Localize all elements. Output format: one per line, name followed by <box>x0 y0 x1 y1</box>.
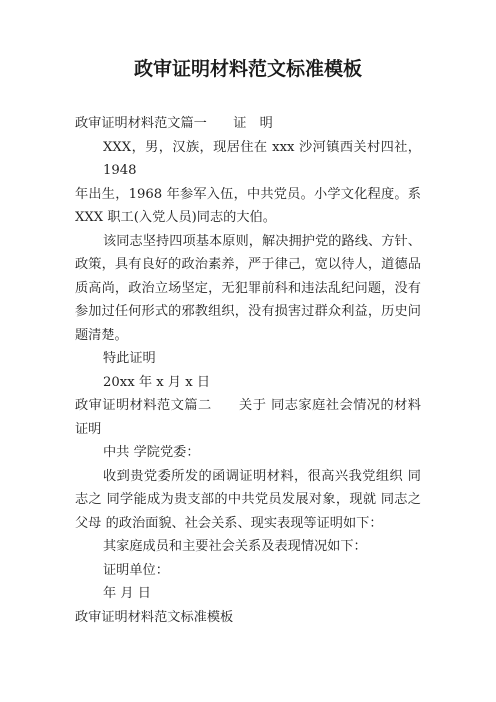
text-line: 参加过任何形式的邪教组织，没有损害过群众利益，历史问 <box>75 300 421 324</box>
text-line: 特此证明 <box>75 347 421 371</box>
text-line: XXX 职工(入党人员)同志的大伯。 <box>75 206 421 230</box>
text-line: 父母 的政治面貌、社会关系、现实表现等证明如下： <box>75 512 421 536</box>
text-line: 中共 学院党委： <box>75 441 421 465</box>
text-line: 政审证明材料范文标准模板 <box>75 606 421 630</box>
text-line: XXX，男，汉族，现居住在 xxx 沙河镇西关村四社，1948 <box>75 136 421 183</box>
document-page: 政审证明材料范文标准模板 政审证明材料范文篇一 证 明XXX，男，汉族，现居住在… <box>0 0 496 702</box>
text-line: 证明单位： <box>75 559 421 583</box>
text-line: 证明 <box>75 418 421 442</box>
text-line: 收到贵党委所发的函调证明材料，很高兴我党组织 同 <box>75 465 421 489</box>
text-line: 题清楚。 <box>75 324 421 348</box>
text-line: 该同志坚持四项基本原则，解决拥护党的路线、方针、 <box>75 230 421 254</box>
text-line: 志之 同学能成为贵支部的中共党员发展对象，现就 同志之 <box>75 488 421 512</box>
document-title: 政审证明材料范文标准模板 <box>0 53 496 85</box>
text-line: 年出生，1968 年参军入伍，中共党员。小学文化程度。系 <box>75 183 421 207</box>
text-line: 年 月 日 <box>75 582 421 606</box>
text-line: 政审证明材料范文篇一 证 明 <box>75 112 421 136</box>
text-line: 质高尚，政治立场坚定，无犯罪前科和违法乱纪问题，没有 <box>75 277 421 301</box>
text-line: 政审证明材料范文篇二 关于 同志家庭社会情况的材料 <box>75 394 421 418</box>
text-line: 政策，具有良好的政治素养，严于律己，宽以待人，道德品 <box>75 253 421 277</box>
document-body: 政审证明材料范文篇一 证 明XXX，男，汉族，现居住在 xxx 沙河镇西关村四社… <box>75 112 421 629</box>
text-line: 20xx 年 x 月 x 日 <box>75 371 421 395</box>
text-line: 其家庭成员和主要社会关系及表现情况如下： <box>75 535 421 559</box>
